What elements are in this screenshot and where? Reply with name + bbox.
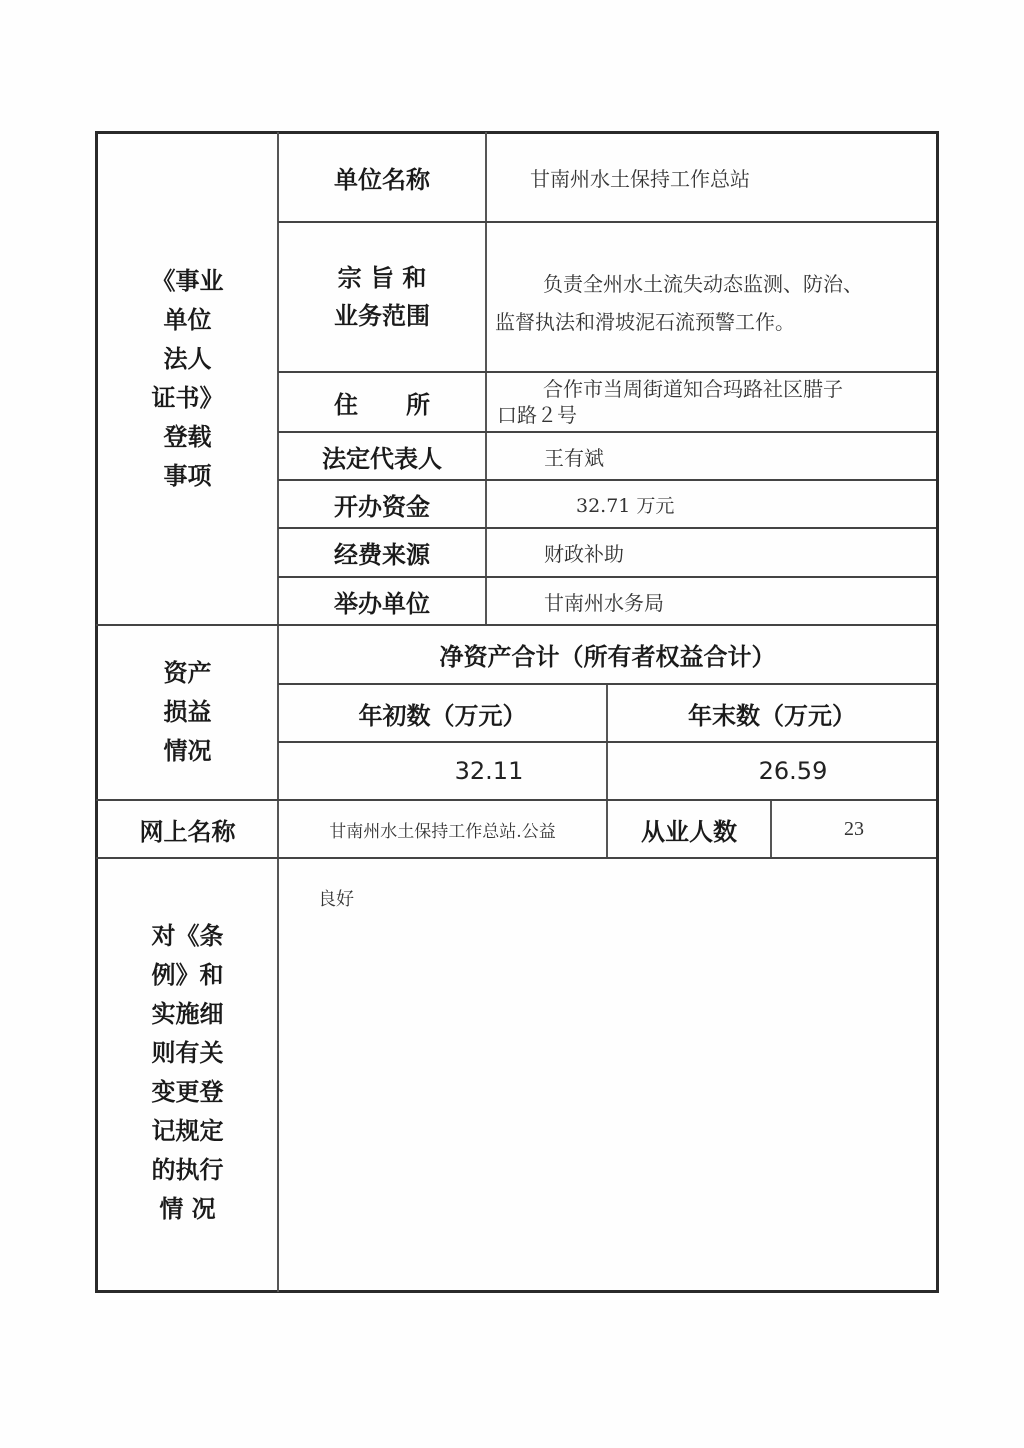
document-page: 《事业 单位 法人 证书》 登载 事项 单位名称 甘南州水土保持工作总站 宗 旨… [0, 0, 1024, 1448]
start-of-year-label: 年初数（万元） [279, 685, 606, 741]
purpose-scope-value: 负责全州水土流失动态监测、防治、 监督执法和滑坡泥石流预警工作。 [495, 223, 935, 371]
side-label-line: 情况 [164, 732, 212, 771]
side-label-line: 实施细 [152, 995, 224, 1034]
address-label: 住 所 [279, 373, 485, 431]
side-label-line: 单位 [164, 301, 212, 340]
legal-representative-label: 法定代表人 [279, 433, 485, 479]
online-name-label: 网上名称 [98, 801, 277, 857]
divider [485, 132, 487, 625]
staff-count-label: 从业人数 [608, 801, 770, 857]
side-label-line: 损益 [164, 693, 212, 732]
side-label-line: 对《条 [152, 917, 224, 956]
net-assets-header: 净资产合计（所有者权益合计） [279, 626, 936, 683]
side-label-line: 登载 [164, 418, 212, 457]
side-label-line: 《事业 [152, 262, 224, 301]
value-line: 口路２号 [497, 402, 577, 428]
side-label-line: 情 况 [159, 1190, 215, 1229]
funding-source-value: 财政补助 [544, 529, 924, 576]
label-line: 宗 旨 和 [338, 259, 427, 297]
value-line: 负责全州水土流失动态监测、防治、 [495, 265, 863, 303]
registration-section-label: 《事业 单位 法人 证书》 登载 事项 [98, 134, 277, 624]
unit-name-value: 甘南州水土保持工作总站 [530, 133, 930, 221]
side-label-line: 资产 [164, 654, 212, 693]
side-label-line: 事项 [164, 457, 212, 496]
compliance-value: 良好 [318, 884, 518, 912]
side-label-line: 则有关 [152, 1034, 224, 1073]
compliance-section-label: 对《条 例》和 实施细 则有关 变更登 记规定 的执行 情 况 [98, 859, 277, 1290]
label-line: 业务范围 [334, 297, 430, 335]
address-value: 合作市当周街道知合玛路社区腊子 口路２号 [497, 373, 935, 431]
side-label-line: 变更登 [152, 1073, 224, 1112]
value-line: 监督执法和滑坡泥石流预警工作。 [495, 303, 795, 341]
funding-source-label: 经费来源 [279, 529, 485, 576]
side-label-line: 证书》 [152, 379, 224, 418]
legal-representative-value: 王有斌 [544, 433, 924, 479]
sponsor-label: 举办单位 [279, 578, 485, 624]
side-label-line: 例》和 [152, 956, 224, 995]
purpose-scope-label: 宗 旨 和 业务范围 [279, 223, 485, 371]
side-label-line: 的执行 [152, 1151, 224, 1190]
side-label-line: 法人 [164, 340, 212, 379]
online-name-value: 甘南州水土保持工作总站.公益 [279, 801, 606, 857]
end-of-year-label: 年末数（万元） [608, 685, 936, 741]
staff-count-value: 23 [772, 801, 936, 857]
unit-name-label: 单位名称 [279, 133, 485, 221]
side-label-line: 记规定 [152, 1112, 224, 1151]
assets-section-label: 资产 损益 情况 [98, 626, 277, 799]
value-line: 合作市当周街道知合玛路社区腊子 [497, 376, 843, 402]
start-capital-label: 开办资金 [279, 481, 485, 527]
start-capital-value: 32.71 万元 [576, 481, 926, 527]
sponsor-value: 甘南州水务局 [544, 578, 924, 624]
end-of-year-value: 26.59 [608, 743, 978, 799]
